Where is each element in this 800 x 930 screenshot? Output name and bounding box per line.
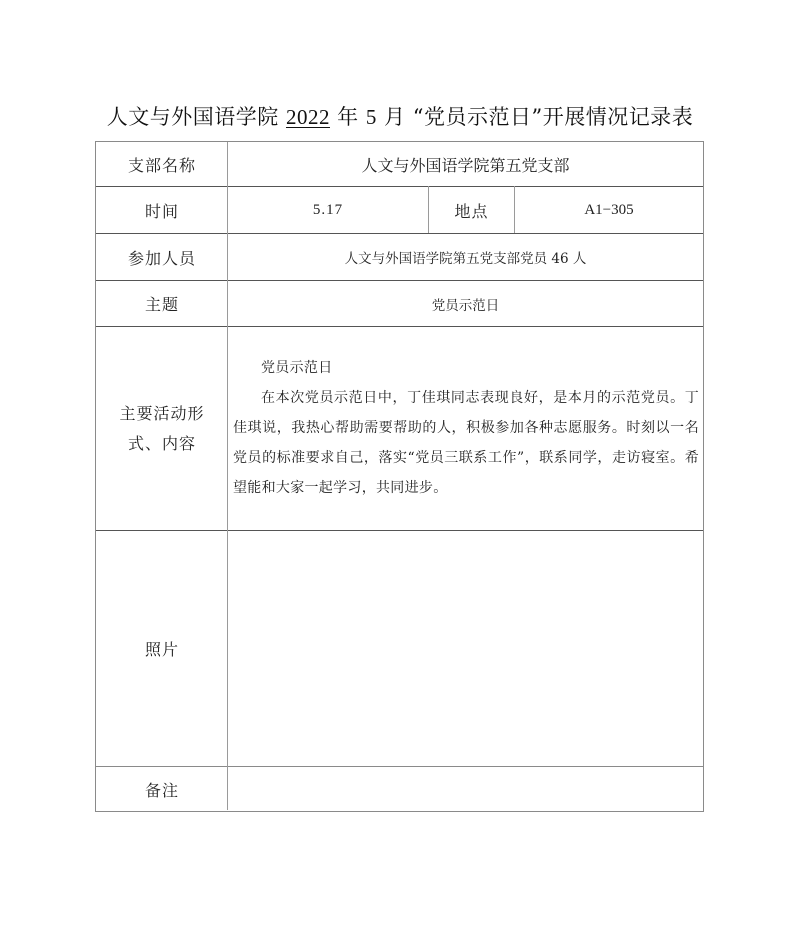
title-suffix: 月 “党员示范日”开展情况记录表 bbox=[384, 105, 693, 129]
document-title: 人文与外国语学院 2022 年 5 月 “党员示范日”开展情况记录表 bbox=[0, 103, 800, 131]
branch-value: 人文与外国语学院第五党支部 bbox=[228, 142, 703, 187]
participants-value: 人文与外国语学院第五党支部党员 46 人 bbox=[228, 234, 703, 280]
activity-label-line2: 式、内容 bbox=[119, 429, 204, 459]
activity-paragraph: 在本次党员示范日中，丁佳琪同志表现良好，是本月的示范党员。丁佳琪说，我热心帮助需… bbox=[233, 383, 699, 503]
activity-heading: 党员示范日 bbox=[233, 353, 699, 383]
title-month: 5 bbox=[366, 105, 377, 129]
photo-label: 照片 bbox=[96, 531, 228, 766]
participants-label: 参加人员 bbox=[96, 234, 228, 280]
theme-label: 主题 bbox=[96, 281, 228, 326]
activity-label-line1: 主要活动形 bbox=[119, 399, 204, 429]
activity-label: 主要活动形 式、内容 bbox=[96, 327, 228, 530]
title-prefix: 人文与外国语学院 bbox=[107, 105, 279, 129]
remarks-value bbox=[228, 767, 703, 811]
time-value: 5.17 bbox=[228, 187, 428, 233]
activity-content: 党员示范日 在本次党员示范日中，丁佳琪同志表现良好，是本月的示范党员。丁佳琪说，… bbox=[229, 327, 703, 531]
photo-area bbox=[228, 531, 703, 766]
location-value: A1−305 bbox=[515, 187, 703, 233]
time-label: 时间 bbox=[96, 187, 228, 233]
location-label: 地点 bbox=[429, 187, 514, 233]
title-year: 2022 bbox=[286, 105, 330, 129]
title-year-unit: 年 bbox=[337, 105, 359, 129]
record-table: 支部名称 人文与外国语学院第五党支部 时间 5.17 地点 A1−305 参加人… bbox=[95, 141, 704, 812]
remarks-label: 备注 bbox=[96, 767, 228, 811]
theme-value: 党员示范日 bbox=[228, 281, 703, 326]
branch-label: 支部名称 bbox=[96, 142, 228, 187]
